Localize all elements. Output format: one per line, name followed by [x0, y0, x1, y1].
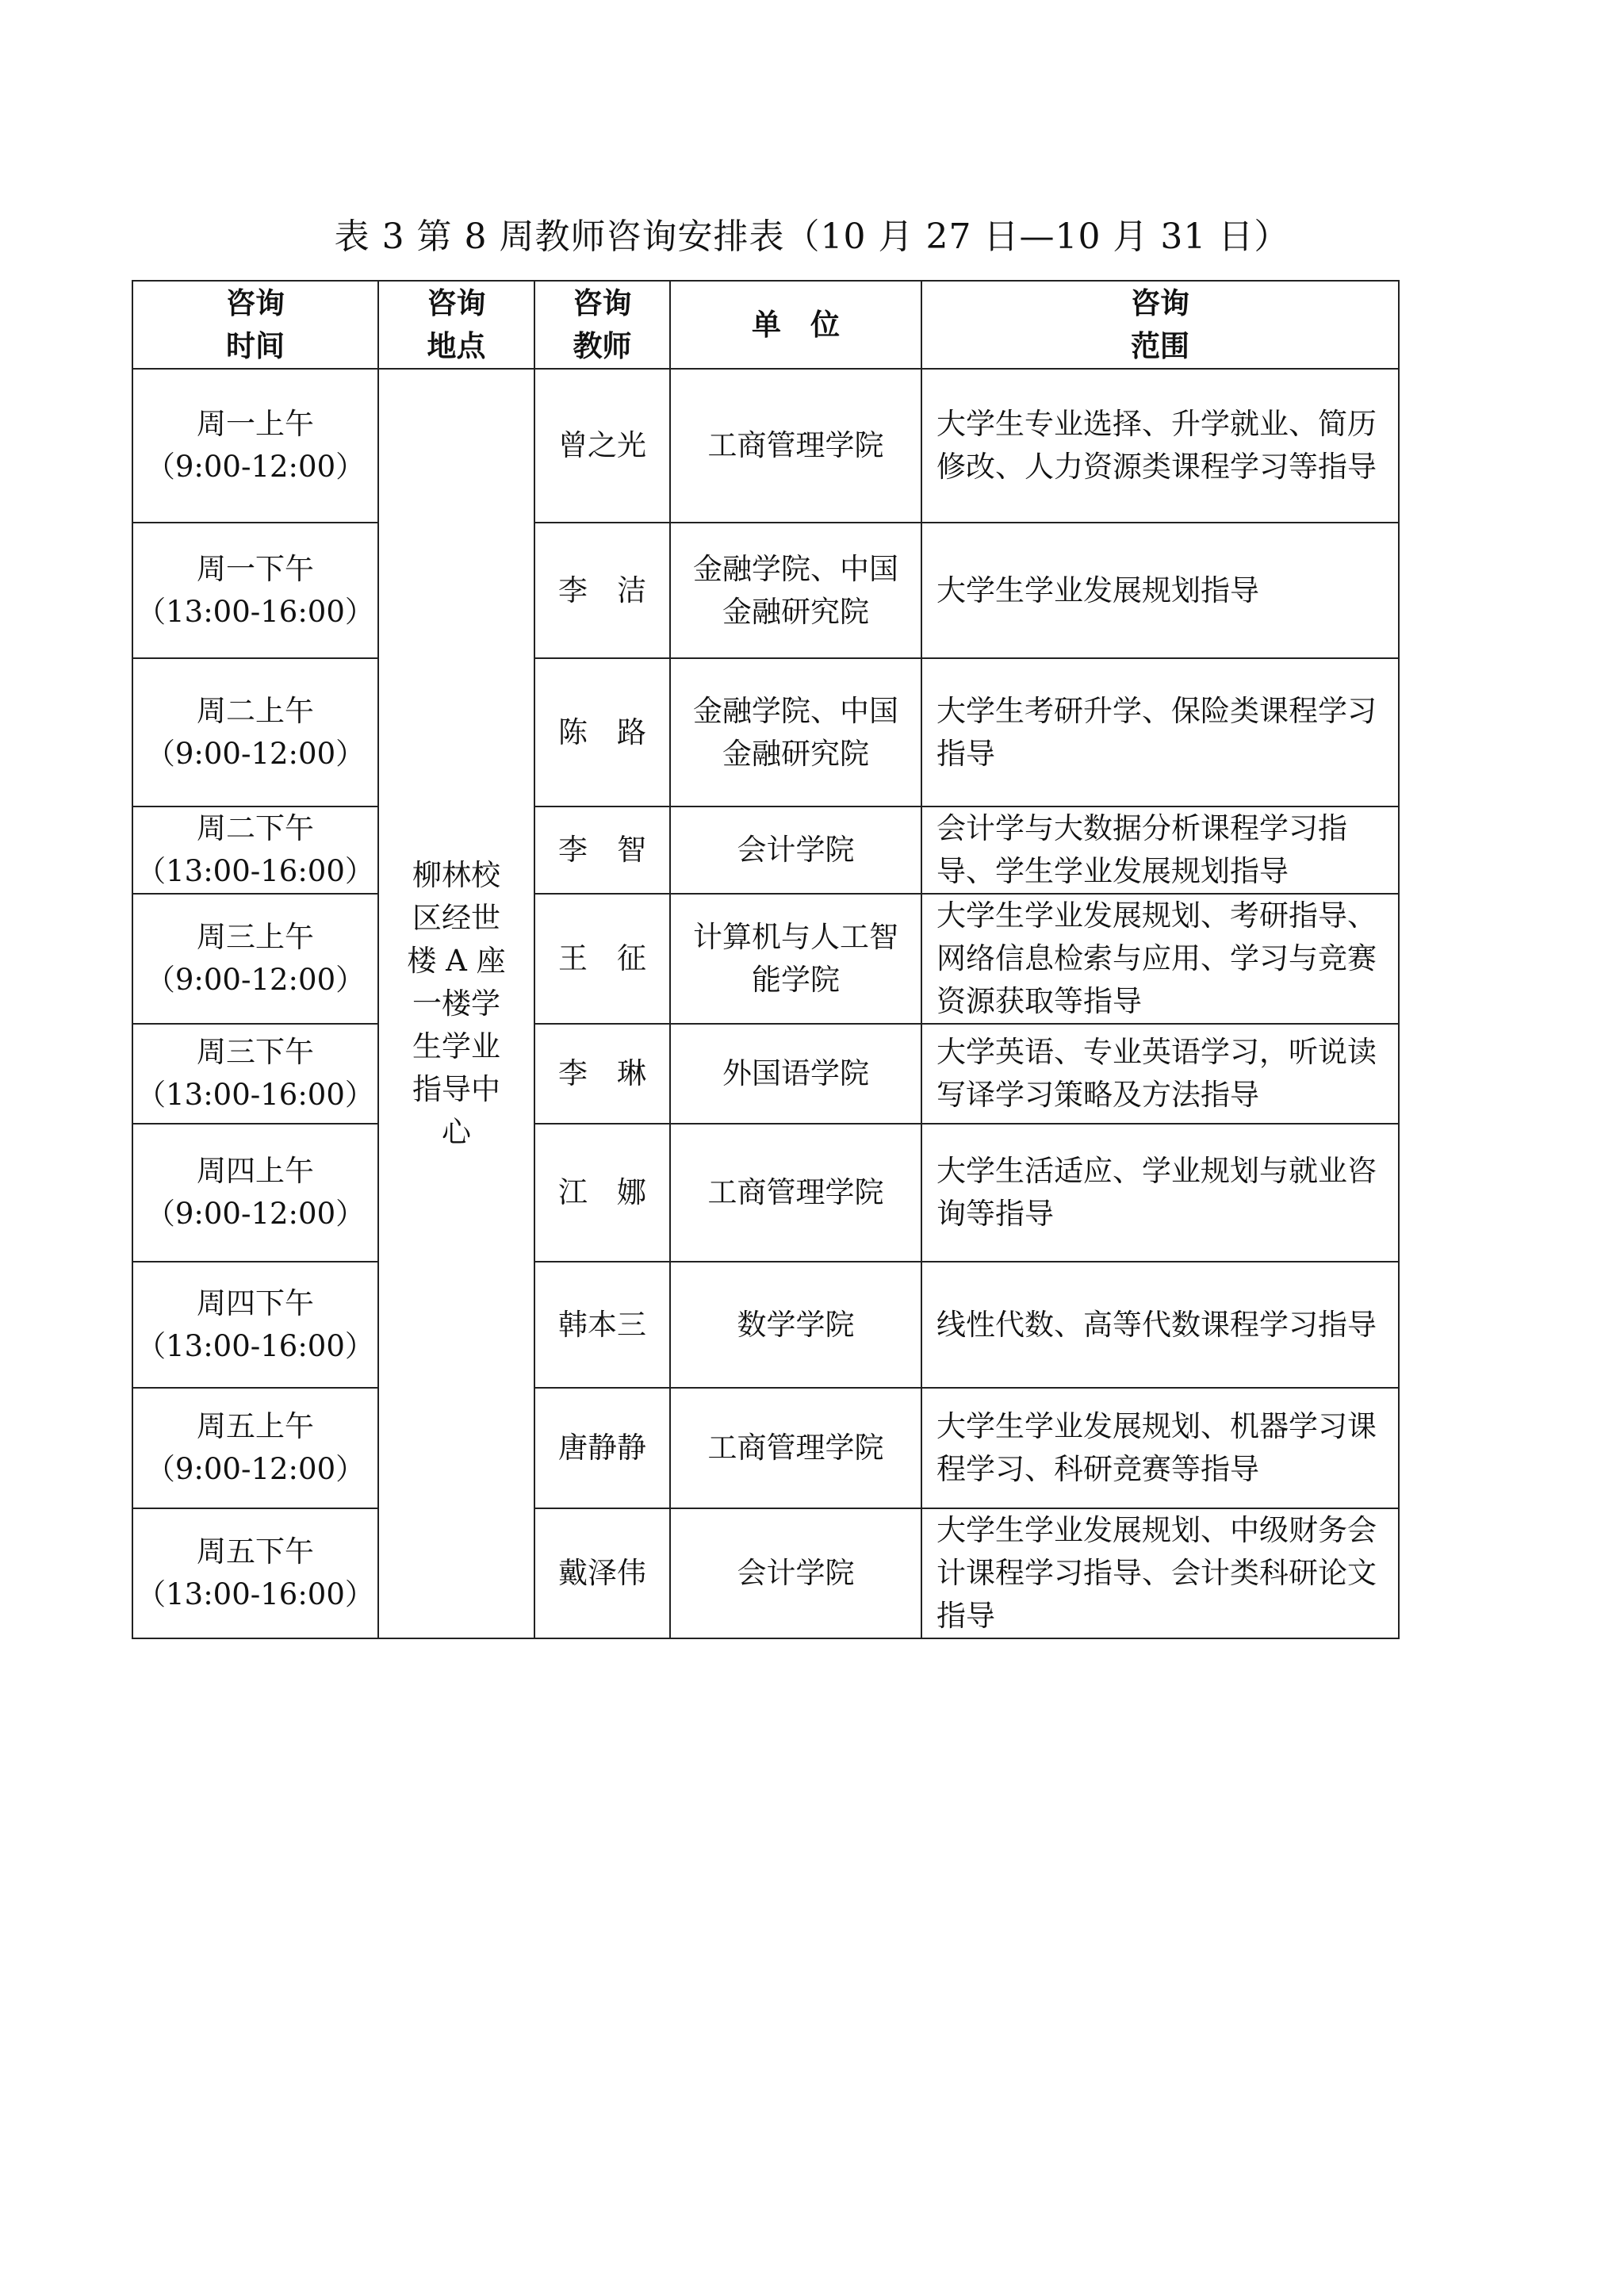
scope-cell: 大学生学业发展规划、机器学习课程学习、科研竞赛等指导: [921, 1388, 1399, 1508]
table-row: 周三下午（13:00-16:00） 李 琳 外国语学院 大学英语、专业英语学习，…: [132, 1024, 1399, 1124]
table-row: 周一上午（9:00-12:00） 柳林校区经世楼 A 座一楼学生学业指导中心 曾…: [132, 369, 1399, 523]
table-row: 周五下午（13:00-16:00） 戴泽伟 会计学院 大学生学业发展规划、中级财…: [132, 1508, 1399, 1638]
teacher-cell: 韩本三: [534, 1262, 670, 1388]
table-row: 周四下午（13:00-16:00） 韩本三 数学学院 线性代数、高等代数课程学习…: [132, 1262, 1399, 1388]
header-row: 咨询时间 咨询地点 咨询教师 单 位 咨询范围: [132, 281, 1399, 369]
time-cell: 周一上午（9:00-12:00）: [132, 369, 378, 523]
table-row: 周二上午（9:00-12:00） 陈 路 金融学院、中国金融研究院 大学生考研升…: [132, 658, 1399, 807]
unit-cell: 金融学院、中国金融研究院: [670, 658, 921, 807]
time-cell: 周四上午（9:00-12:00）: [132, 1124, 378, 1262]
time-cell: 周二下午（13:00-16:00）: [132, 807, 378, 894]
teacher-cell: 李 琳: [534, 1024, 670, 1124]
time-cell: 周三下午（13:00-16:00）: [132, 1024, 378, 1124]
unit-cell: 工商管理学院: [670, 1124, 921, 1262]
table-title: 表 3 第 8 周教师咨询安排表（10 月 27 日—10 月 31 日）: [0, 208, 1624, 259]
scope-cell: 大学生学业发展规划、中级财务会计课程学习指导、会计类科研论文指导: [921, 1508, 1399, 1638]
scope-cell: 大学生考研升学、保险类课程学习指导: [921, 658, 1399, 807]
scope-cell: 会计学与大数据分析课程学习指导、学生学业发展规划指导: [921, 807, 1399, 894]
time-cell: 周四下午（13:00-16:00）: [132, 1262, 378, 1388]
unit-cell: 外国语学院: [670, 1024, 921, 1124]
teacher-cell: 李 洁: [534, 523, 670, 658]
time-cell: 周三上午（9:00-12:00）: [132, 894, 378, 1024]
time-cell: 周五下午（13:00-16:00）: [132, 1508, 378, 1638]
table-row: 周三上午（9:00-12:00） 王 征 计算机与人工智能学院 大学生学业发展规…: [132, 894, 1399, 1024]
unit-cell: 工商管理学院: [670, 1388, 921, 1508]
time-cell: 周二上午（9:00-12:00）: [132, 658, 378, 807]
teacher-cell: 戴泽伟: [534, 1508, 670, 1638]
header-location: 咨询地点: [378, 281, 534, 369]
table-row: 周一下午（13:00-16:00） 李 洁 金融学院、中国金融研究院 大学生学业…: [132, 523, 1399, 658]
time-cell: 周五上午（9:00-12:00）: [132, 1388, 378, 1508]
scope-cell: 大学生学业发展规划、考研指导、网络信息检索与应用、学习与竞赛资源获取等指导: [921, 894, 1399, 1024]
header-scope: 咨询范围: [921, 281, 1399, 369]
scope-cell: 大学生专业选择、升学就业、简历修改、人力资源类课程学习等指导: [921, 369, 1399, 523]
unit-cell: 数学学院: [670, 1262, 921, 1388]
teacher-cell: 李 智: [534, 807, 670, 894]
unit-cell: 金融学院、中国金融研究院: [670, 523, 921, 658]
unit-cell: 计算机与人工智能学院: [670, 894, 921, 1024]
teacher-cell: 曾之光: [534, 369, 670, 523]
unit-cell: 会计学院: [670, 1508, 921, 1638]
teacher-cell: 唐静静: [534, 1388, 670, 1508]
scope-cell: 大学英语、专业英语学习，听说读写译学习策略及方法指导: [921, 1024, 1399, 1124]
table-row: 周五上午（9:00-12:00） 唐静静 工商管理学院 大学生学业发展规划、机器…: [132, 1388, 1399, 1508]
teacher-cell: 江 娜: [534, 1124, 670, 1262]
location-cell: 柳林校区经世楼 A 座一楼学生学业指导中心: [378, 369, 534, 1638]
scope-cell: 线性代数、高等代数课程学习指导: [921, 1262, 1399, 1388]
teacher-cell: 王 征: [534, 894, 670, 1024]
consultation-schedule-table: 咨询时间 咨询地点 咨询教师 单 位 咨询范围 周一上午（9:00-12:00）…: [132, 280, 1400, 1639]
scope-cell: 大学生活适应、学业规划与就业咨询等指导: [921, 1124, 1399, 1262]
unit-cell: 会计学院: [670, 807, 921, 894]
table-row: 周二下午（13:00-16:00） 李 智 会计学院 会计学与大数据分析课程学习…: [132, 807, 1399, 894]
teacher-cell: 陈 路: [534, 658, 670, 807]
table-row: 周四上午（9:00-12:00） 江 娜 工商管理学院 大学生活适应、学业规划与…: [132, 1124, 1399, 1262]
header-unit: 单 位: [670, 281, 921, 369]
header-teacher: 咨询教师: [534, 281, 670, 369]
scope-cell: 大学生学业发展规划指导: [921, 523, 1399, 658]
header-time: 咨询时间: [132, 281, 378, 369]
time-cell: 周一下午（13:00-16:00）: [132, 523, 378, 658]
unit-cell: 工商管理学院: [670, 369, 921, 523]
